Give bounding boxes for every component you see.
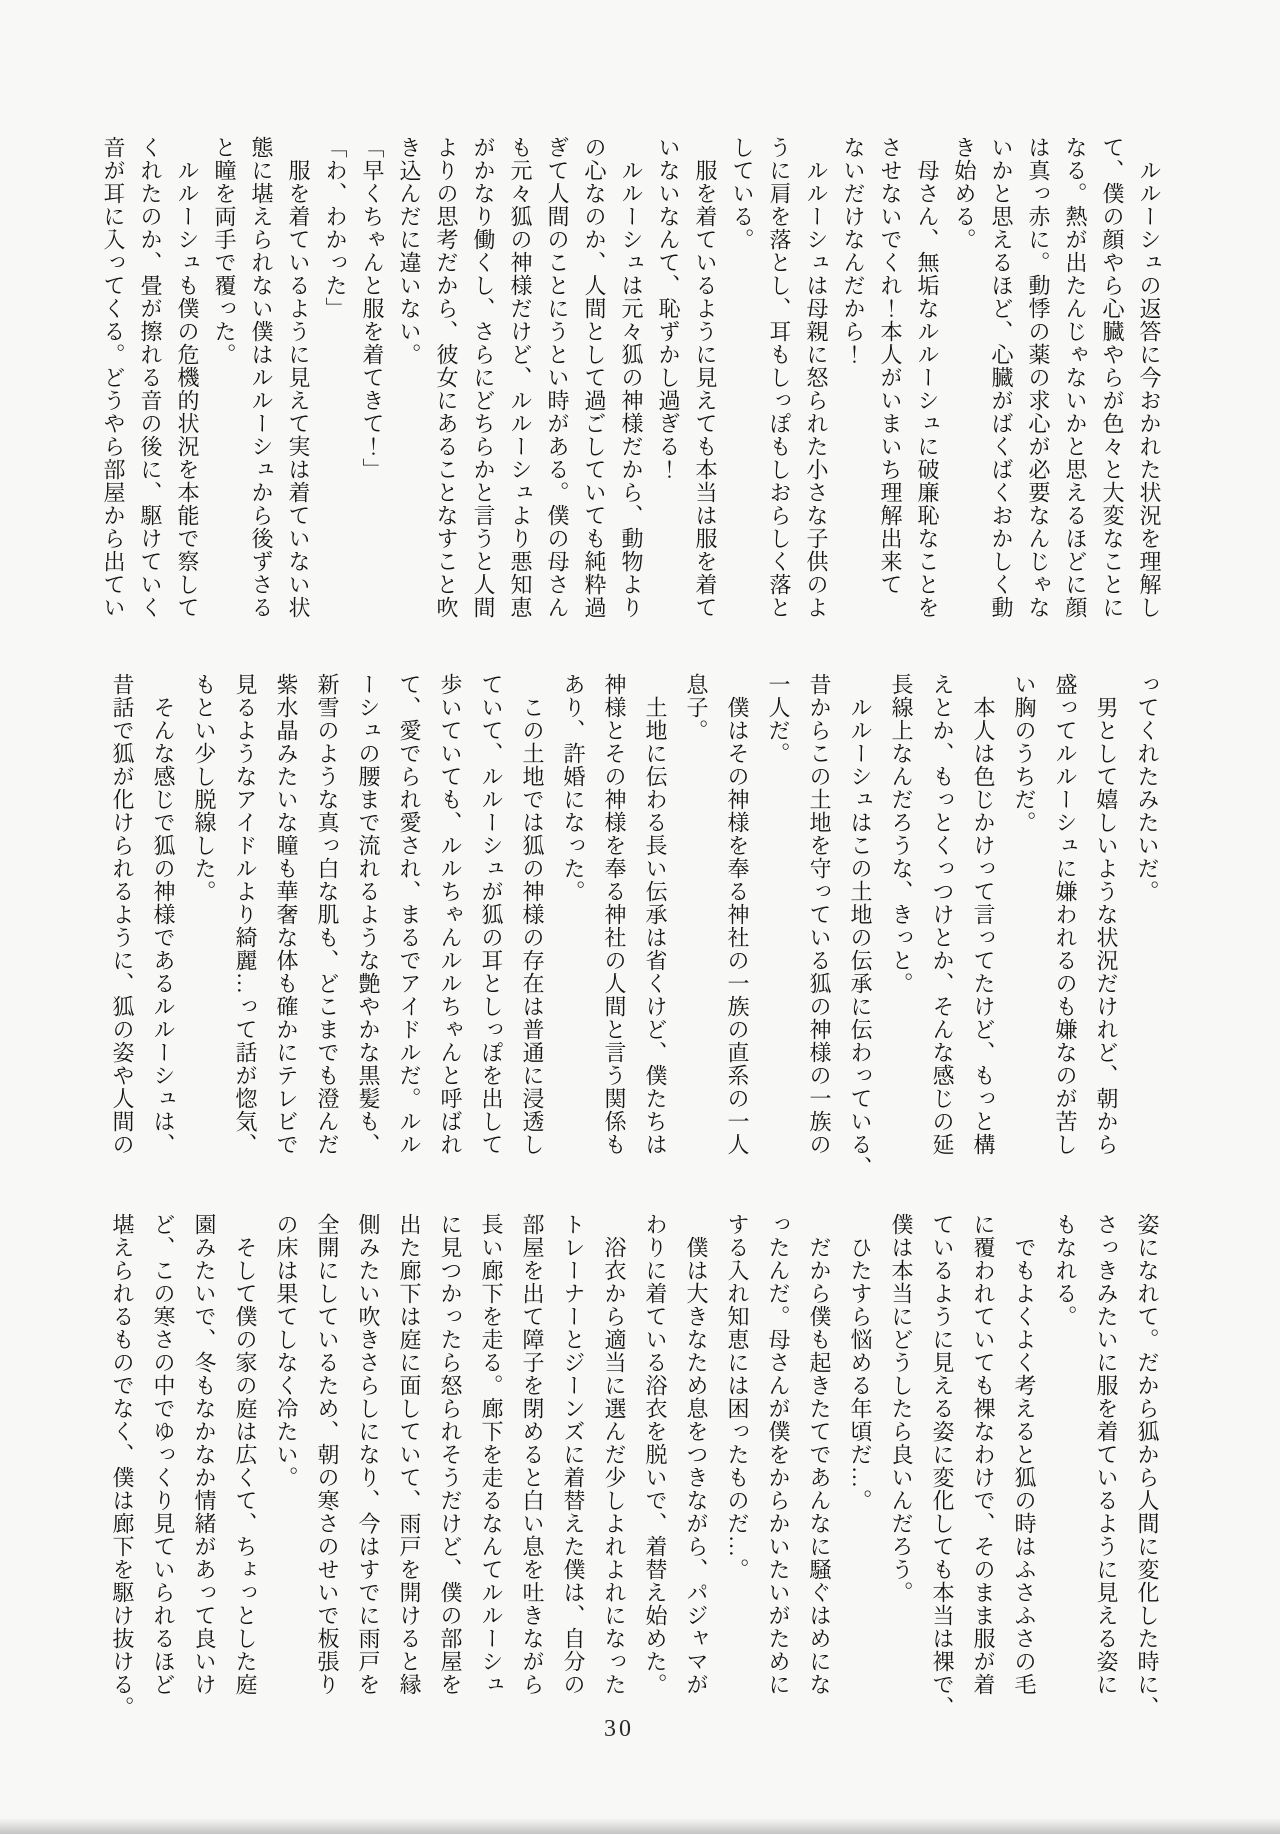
text-column: 長い廊下を走る。廊下を走るなんてルルーシュ [471, 1213, 512, 1697]
text-column: ルルーシュも僕の危機的状況を本能で察して [169, 136, 206, 632]
text-column: 本人は色じかけって言ってたけど、もっと構 [963, 673, 1004, 1157]
text-column: この土地では狐の神様の存在は普通に浸透し [512, 673, 553, 1157]
text-column: 浴衣から適当に選んだ少しよれよれになった [594, 1213, 635, 1697]
text-column: 紫水晶みたいな瞳も華奢な体も確かにテレビで [266, 673, 307, 1157]
text-column: もとい少し脱線した。 [184, 673, 225, 1157]
text-column: て、愛でられ愛され、まるでアイドルだ。ルル [389, 673, 430, 1157]
text-column: だから僕も起きたてであんなに騒ぐはめにな [799, 1213, 840, 1697]
text-column: 「早くちゃんと服を着てきて！」 [354, 136, 391, 632]
text-column: の心なのか、人間として過ごしていても純粋過 [576, 136, 613, 632]
text-column: 歩いていても、ルルちゃんルルちゃんと呼ばれ [430, 673, 471, 1157]
text-column: いかと思えるほど、心臓がばくばくおかしく動 [983, 136, 1020, 632]
text-column: ぎて人間のことにうとい時がある。僕の母さん [539, 136, 576, 632]
text-column: でもよくよく考えると狐の時はふさふさの毛 [1004, 1213, 1045, 1697]
text-column: いないなんて、恥ずかし過ぎる！ [650, 136, 687, 632]
text-column: よりの思考だから、彼女にあることなすこと吹 [428, 136, 465, 632]
text-column: 男として嬉しいような状況だけれど、朝から [1086, 673, 1127, 1157]
text-column: ルルーシュは元々狐の神様だから、動物より [613, 136, 650, 632]
text-column: 見るようなアイドルより綺麗…って話が惚気、 [225, 673, 266, 1157]
text-column: がかなり働くし、さらにどちらかと言うと人間 [465, 136, 502, 632]
text-column: 全開にしているため、朝の寒さのせいで板張り [307, 1213, 348, 1697]
text-column: の床は果てしなく冷たい。 [266, 1213, 307, 1697]
text-column: 僕は大きなため息をつきながら、パジャマが [676, 1213, 717, 1697]
text-column: 姿になれて。だから狐から人間に変化した時に、 [1127, 1213, 1168, 1697]
text-column: なる。熱が出たんじゃないかと思えるほどに顔 [1057, 136, 1094, 632]
text-column: トレーナーとジーンズに着替えた僕は、自分の [553, 1213, 594, 1697]
text-column: 態に堪えられない僕はルルーシュから後ずさる [243, 136, 280, 632]
text-column: うに肩を落とし、耳もしっぽもしおらしく落と [761, 136, 798, 632]
text-column: 「わ、わかった」 [317, 136, 354, 632]
text-column: ているように見える姿に変化しても本当は裸で、 [922, 1213, 963, 1697]
text-column: て、僕の顔やら心臓やらが色々と大変なことに [1094, 136, 1131, 632]
text-column: 部屋を出て障子を閉めると白い息を吐きながら [512, 1213, 553, 1697]
text-column: 側みたい吹きさらしになり、今はすでに雨戸を [348, 1213, 389, 1697]
text-column: い胸のうちだ。 [1004, 673, 1045, 1157]
text-column: 新雪のような真っ白な肌も、どこまでも澄んだ [307, 673, 348, 1157]
text-column: くれたのか、畳が擦れる音の後に、駆けていく [132, 136, 169, 632]
text-column: も元々狐の神様だけど、ルルーシュより悪知恵 [502, 136, 539, 632]
text-column: ルルーシュは母親に怒られた小さな子供のよ [798, 136, 835, 632]
text-column: ルルーシュはこの土地の伝承に伝わっている、 [840, 673, 881, 1157]
text-column: ないだけなんだから！ [835, 136, 872, 632]
text-column: 昔からこの土地を守っている狐の神様の一族の [799, 673, 840, 1157]
text-column: させないでくれ！本人がいまいち理解出来て [872, 136, 909, 632]
text-column: 服を着ているように見えて実は着ていない状 [280, 136, 317, 632]
text-column: 園みたいで、冬もなかなか情緒があって良いけ [184, 1213, 225, 1697]
text-column: 出た廊下は庭に面していて、雨戸を開けると縁 [389, 1213, 430, 1697]
text-column: 神様とその神様を奉る神社の人間と言う関係も [594, 673, 635, 1157]
text-column: に覆われていても裸なわけで、そのまま服が着 [963, 1213, 1004, 1697]
text-column: そんな感じで狐の神様であるルルーシュは、 [143, 673, 184, 1157]
page-number: 30 [604, 1716, 634, 1743]
text-column: ルルーシュの返答に今おかれた状況を理解し [1131, 136, 1168, 632]
text-column: 一人だ。 [758, 673, 799, 1157]
text-column: ひたすら悩める年頃だ…。 [840, 1213, 881, 1697]
text-column: 長線上なんだろうな、きっと。 [881, 673, 922, 1157]
text-column: する入れ知恵には困ったものだ…。 [717, 1213, 758, 1697]
text-column: ど、この寒さの中でゆっくり見ていられるほど [143, 1213, 184, 1697]
text-column: 息子。 [676, 673, 717, 1157]
scan-edge-shadow [0, 1818, 1280, 1834]
text-block-bottom: 姿になれて。だから狐から人間に変化した時に、さっきみたいに服を着ているように見え… [102, 1213, 1168, 1697]
text-block-middle: ってくれたみたいだ。 男として嬉しいような状況だけれど、朝から盛ってルルーシュに… [102, 673, 1168, 1157]
text-column: と瞳を両手で覆った。 [206, 136, 243, 632]
text-column: は真っ赤に。動悸の薬の求心が必要なんじゃな [1020, 136, 1057, 632]
text-column: 土地に伝わる長い伝承は省くけど、僕たちは [635, 673, 676, 1157]
text-column: あり、許婚になった。 [553, 673, 594, 1157]
text-block-top: ルルーシュの返答に今おかれた状況を理解して、僕の顔やら心臓やらが色々と大変なこと… [95, 136, 1168, 632]
text-column: 僕は本当にどうしたら良いんだろう。 [881, 1213, 922, 1697]
text-column: ーシュの腰まで流れるような艶やかな黒髪も、 [348, 673, 389, 1157]
text-column: 母さん、無垢なルルーシュに破廉恥なことを [909, 136, 946, 632]
text-column: している。 [724, 136, 761, 632]
text-column: に見つかったら怒られそうだけど、僕の部屋を [430, 1213, 471, 1697]
text-column: 盛ってルルーシュに嫌われるのも嫌なのが苦し [1045, 673, 1086, 1157]
text-column: ていて、ルルーシュが狐の耳としっぽを出して [471, 673, 512, 1157]
text-column: 服を着ているように見えても本当は服を着て [687, 136, 724, 632]
text-column: わりに着ている浴衣を脱いで、着替え始めた。 [635, 1213, 676, 1697]
text-column: もなれる。 [1045, 1213, 1086, 1697]
text-column: そして僕の家の庭は広くて、ちょっとした庭 [225, 1213, 266, 1697]
text-column: 音が耳に入ってくる。どうやら部屋から出てい [95, 136, 132, 632]
scanned-page: ルルーシュの返答に今おかれた状況を理解して、僕の顔やら心臓やらが色々と大変なこと… [0, 0, 1280, 1834]
text-column: さっきみたいに服を着ているように見える姿に [1086, 1213, 1127, 1697]
text-column: き始める。 [946, 136, 983, 632]
text-column: 昔話で狐が化けられるように、狐の姿や人間の [102, 673, 143, 1157]
text-column: 堪えられるものでなく、僕は廊下を駆け抜ける。 [102, 1213, 143, 1697]
text-column: ったんだ。母さんが僕をからかいたいがために [758, 1213, 799, 1697]
text-column: ってくれたみたいだ。 [1127, 673, 1168, 1157]
text-column: えとか、もっとくっつけとか、そんな感じの延 [922, 673, 963, 1157]
text-column: き込んだに違いない。 [391, 136, 428, 632]
text-column: 僕はその神様を奉る神社の一族の直系の一人 [717, 673, 758, 1157]
